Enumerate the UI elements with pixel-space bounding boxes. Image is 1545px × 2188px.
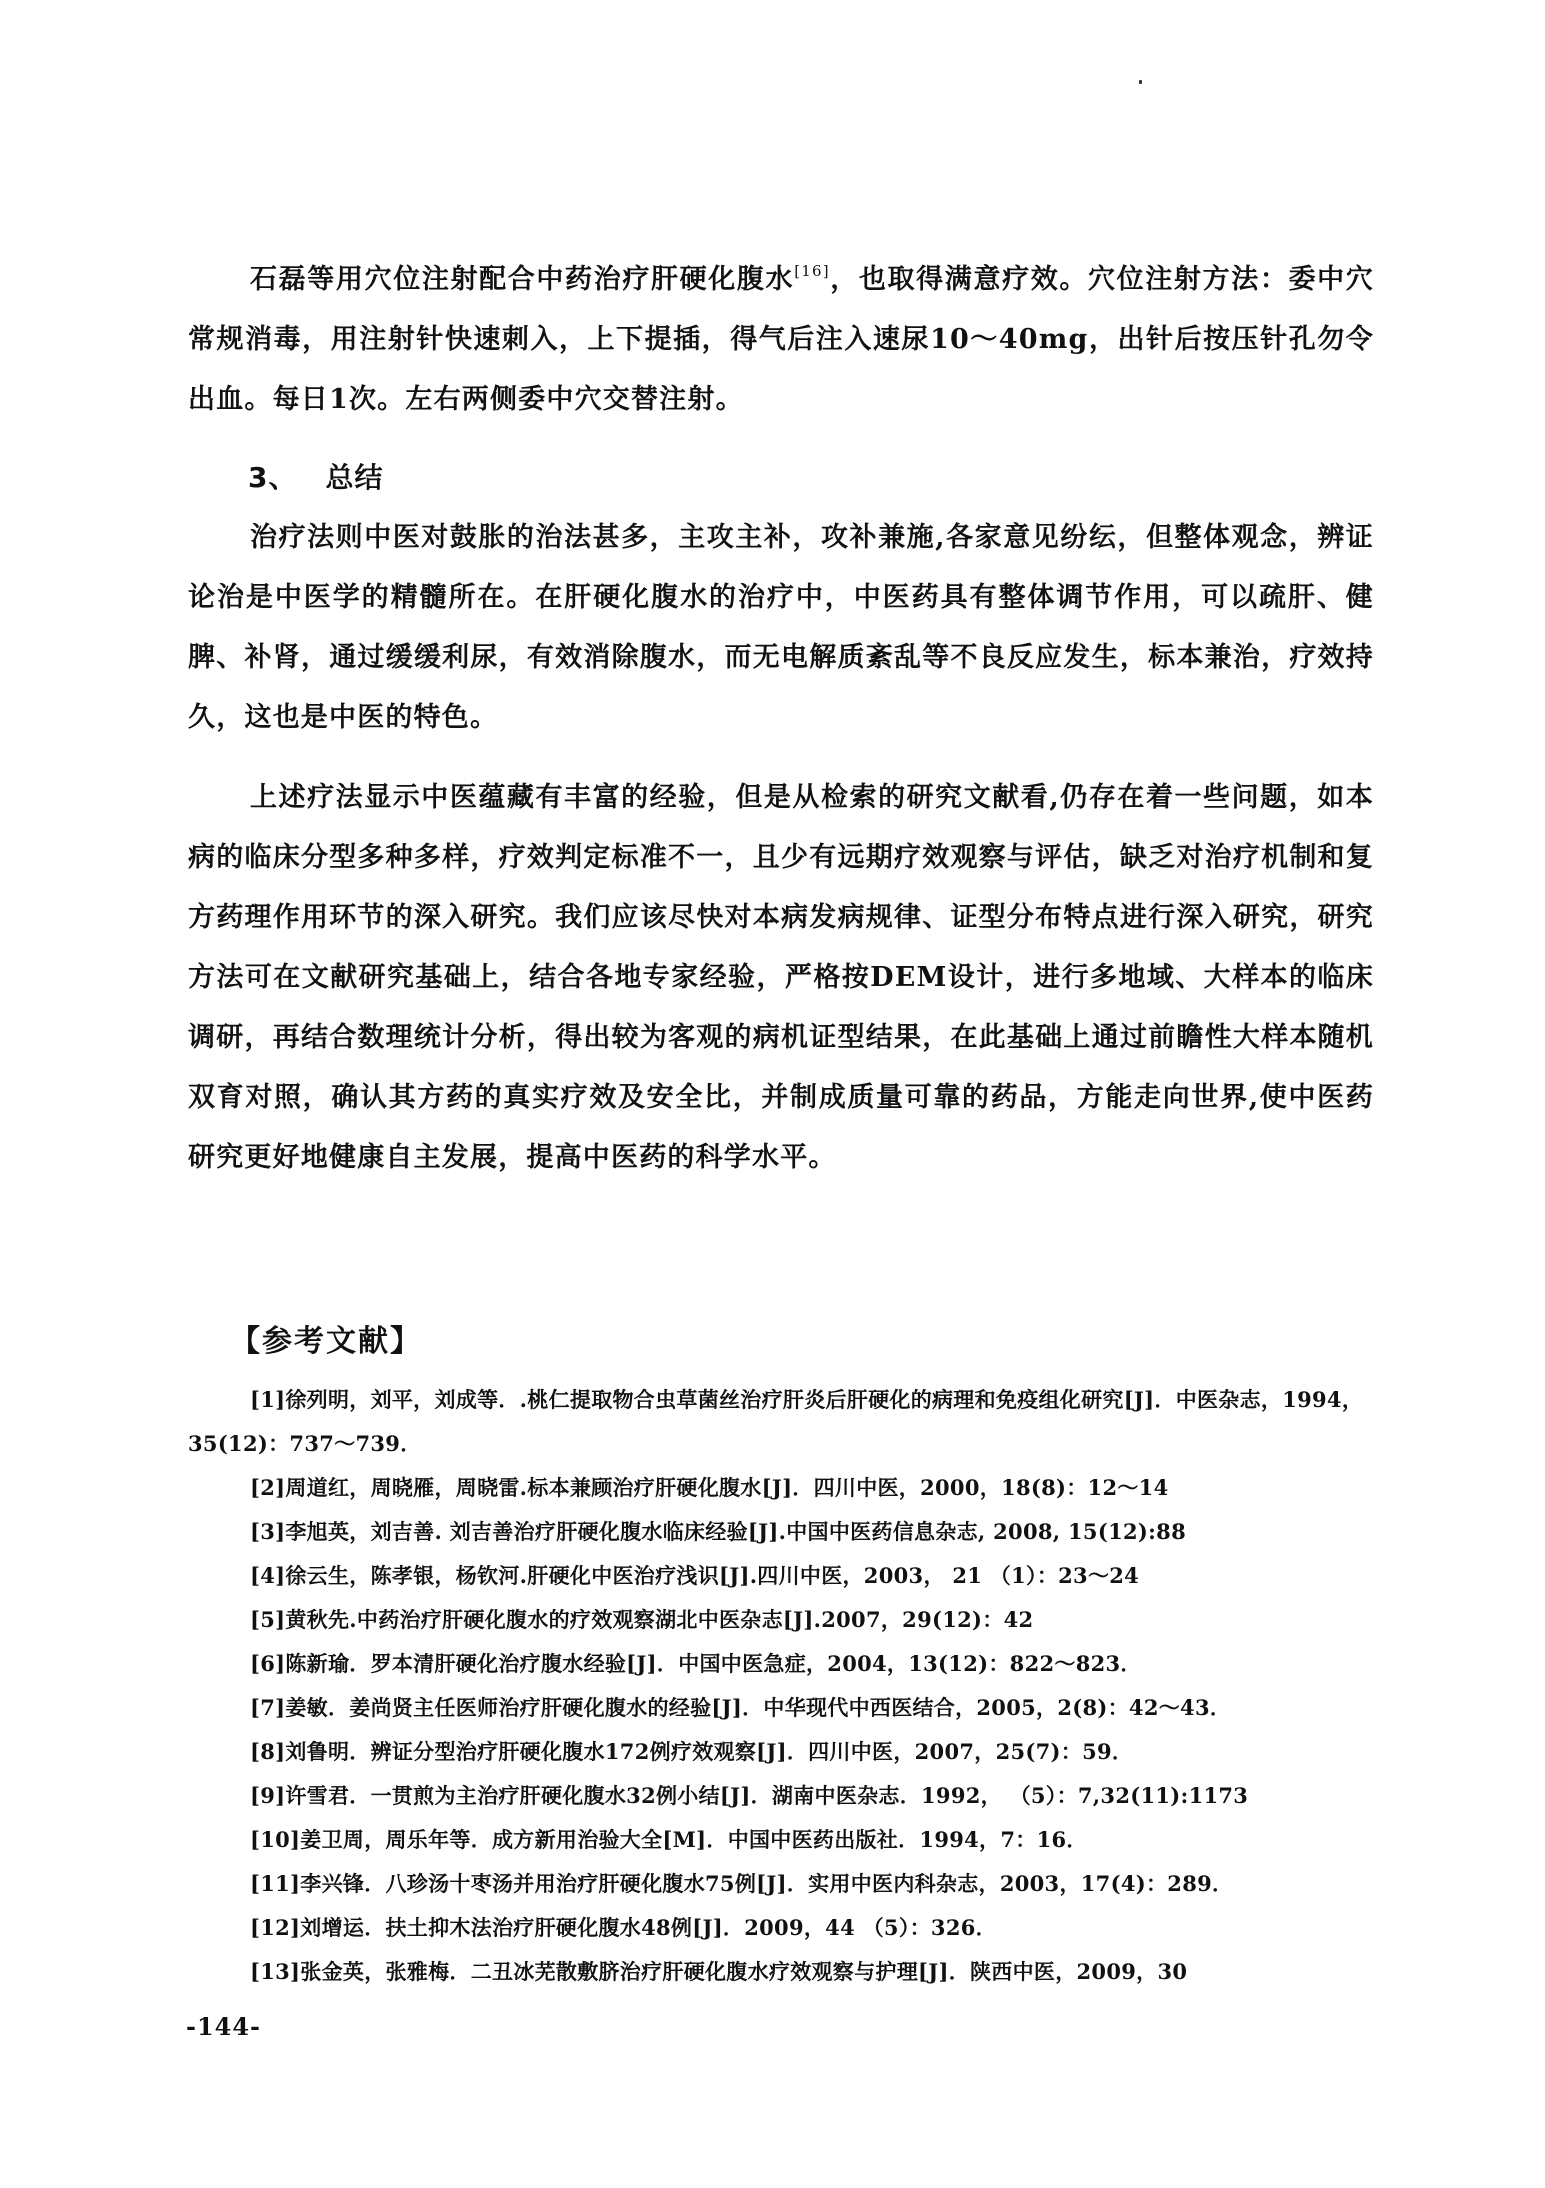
reference-item: [8]刘鲁明．辨证分型治疗肝硬化腹水172例疗效观察[J]．四川中医，2007，… (188, 1730, 1374, 1774)
reference-item: [12]刘增运．扶土抑木法治疗肝硬化腹水48例[J]．2009，44 （5）：3… (188, 1906, 1374, 1950)
reference-item: [7]姜敏．姜尚贤主任医师治疗肝硬化腹水的经验[J]．中华现代中西医结合，200… (188, 1686, 1374, 1730)
paragraph-text: 上述疗法显示中医蕴藏有丰富的经验，但是从检索的研究文献看,仍存在着一些问题，如本… (188, 768, 1374, 1188)
page-number: -144- (186, 2012, 261, 2041)
scan-speck (1139, 80, 1142, 84)
reference-item: [9]许雪君．一贯煎为主治疗肝硬化腹水32例小结[J]．湖南中医杂志．1992，… (188, 1774, 1374, 1818)
reference-item: [11]李兴锋．八珍汤十枣汤并用治疗肝硬化腹水75例[J]．实用中医内科杂志，2… (188, 1862, 1374, 1906)
section-number: 3、 (248, 461, 297, 494)
reference-item: [2]周道红，周晓雁，周晓雷.标本兼顾治疗肝硬化腹水[J]．四川中医，2000，… (188, 1466, 1374, 1510)
summary-paragraph-1: 治疗法则中医对鼓胀的治法甚多，主攻主补，攻补兼施,各家意见纷纭，但整体观念，辨证… (188, 508, 1374, 748)
paragraph-text: 治疗法则中医对鼓胀的治法甚多，主攻主补，攻补兼施,各家意见纷纭，但整体观念，辨证… (188, 508, 1374, 748)
reference-item: [1]徐列明，刘平，刘成等．.桃仁提取物合虫草菌丝治疗肝炎后肝硬化的病理和免疫组… (188, 1378, 1374, 1466)
reference-item: [10]姜卫周，周乐年等．成方新用治验大全[M]．中国中医药出版社．1994，7… (188, 1818, 1374, 1862)
paragraph-text: 石磊等用穴位注射配合中药治疗肝硬化腹水[16]，也取得满意疗效。穴位注射方法：委… (188, 250, 1374, 430)
references-list: [1]徐列明，刘平，刘成等．.桃仁提取物合虫草菌丝治疗肝炎后肝硬化的病理和免疫组… (188, 1378, 1374, 1994)
paragraph-acupoint-injection: 石磊等用穴位注射配合中药治疗肝硬化腹水[16]，也取得满意疗效。穴位注射方法：委… (188, 250, 1374, 430)
section-heading: 3、总结 (248, 456, 384, 496)
paragraph-text-part: 石磊等用穴位注射配合中药治疗肝硬化腹水 (250, 264, 794, 295)
citation-superscript: [16] (794, 262, 830, 280)
reference-item: [5]黄秋先.中药治疗肝硬化腹水的疗效观察湖北中医杂志[J].2007，29(1… (188, 1598, 1374, 1642)
reference-item: [4]徐云生，陈孝银，杨钦河.肝硬化中医治疗浅识[J].四川中医，2003， 2… (188, 1554, 1374, 1598)
document-page: 石磊等用穴位注射配合中药治疗肝硬化腹水[16]，也取得满意疗效。穴位注射方法：委… (0, 0, 1545, 2188)
references-heading: 【参考文献】 (230, 1316, 422, 1360)
reference-item: [3]李旭英，刘吉善. 刘吉善治疗肝硬化腹水临床经验[J].中国中医药信息杂志,… (188, 1510, 1374, 1554)
reference-item: [6]陈新瑜．罗本清肝硬化治疗腹水经验[J]．中国中医急症，2004，13(12… (188, 1642, 1374, 1686)
section-title: 总结 (325, 461, 383, 494)
reference-item: [13]张金英，张雅梅．二丑冰芜散敷脐治疗肝硬化腹水疗效观察与护理[J]．陕西中… (188, 1950, 1374, 1994)
summary-paragraph-2: 上述疗法显示中医蕴藏有丰富的经验，但是从检索的研究文献看,仍存在着一些问题，如本… (188, 768, 1374, 1188)
